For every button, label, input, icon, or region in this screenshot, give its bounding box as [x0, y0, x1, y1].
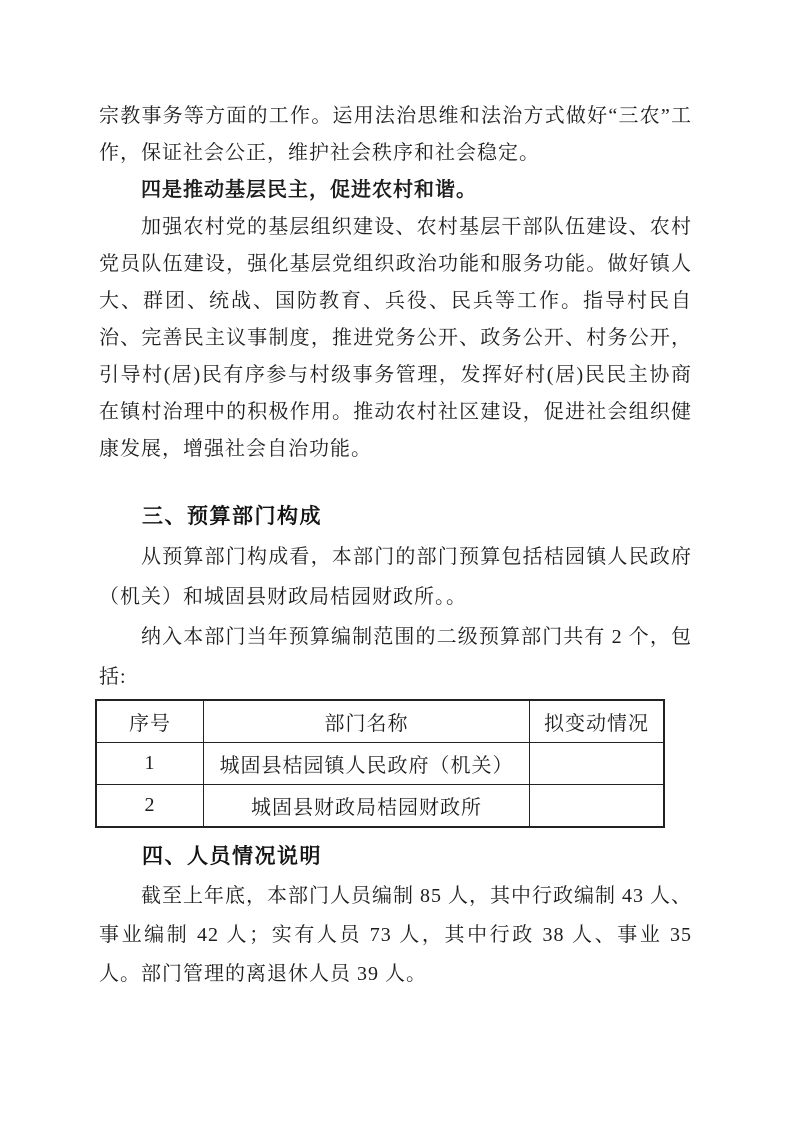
table-header-row: 序号 部门名称 拟变动情况 [96, 700, 664, 743]
paragraph-budget-composition: 从预算部门构成看，本部门的部门预算包括桔园镇人民政府（机关）和城固县财政局桔园财… [99, 537, 692, 617]
table-row: 1 城固县桔园镇人民政府（机关） [96, 743, 664, 785]
paragraph-grassroots-work: 加强农村党的基层组织建设、农村基层干部队伍建设、农村党员队伍建设，强化基层党组织… [99, 209, 692, 468]
col-header-proposed-change: 拟变动情况 [530, 700, 665, 743]
col-header-department-name: 部门名称 [204, 700, 530, 743]
cell-serial-number: 2 [96, 785, 204, 828]
page-content: 宗教事务等方面的工作。运用法治思维和法治方式做好“三农”工作，保证社会公正，维护… [99, 0, 692, 994]
table-row: 2 城固县财政局桔园财政所 [96, 785, 664, 828]
paragraph-secondary-budget-units: 纳入本部门当年预算编制范围的二级预算部门共有 2 个，包括: [99, 617, 692, 697]
document-page: 宗教事务等方面的工作。运用法治思维和法治方式做好“三农”工作，保证社会公正，维护… [0, 0, 793, 1122]
cell-department-name: 城固县桔园镇人民政府（机关） [204, 743, 530, 785]
col-header-serial-number: 序号 [96, 700, 204, 743]
cell-proposed-change [530, 743, 665, 785]
cell-department-name: 城固县财政局桔园财政所 [204, 785, 530, 828]
cell-proposed-change [530, 785, 665, 828]
paragraph-continuation: 宗教事务等方面的工作。运用法治思维和法治方式做好“三农”工作，保证社会公正，维护… [99, 98, 692, 172]
budget-departments-table: 序号 部门名称 拟变动情况 1 城固县桔园镇人民政府（机关） 2 城固县财政局桔… [95, 699, 665, 828]
section-heading-budget-department-composition: 三、预算部门构成 [99, 497, 692, 537]
paragraph-personnel-statistics: 截至上年底，本部门人员编制 85 人，其中行政编制 43 人、事业编制 42 人… [99, 877, 692, 994]
subheading-promote-grassroots-democracy: 四是推动基层民主，促进农村和谐。 [99, 172, 692, 209]
cell-serial-number: 1 [96, 743, 204, 785]
section-heading-personnel-situation: 四、人员情况说明 [99, 837, 692, 877]
